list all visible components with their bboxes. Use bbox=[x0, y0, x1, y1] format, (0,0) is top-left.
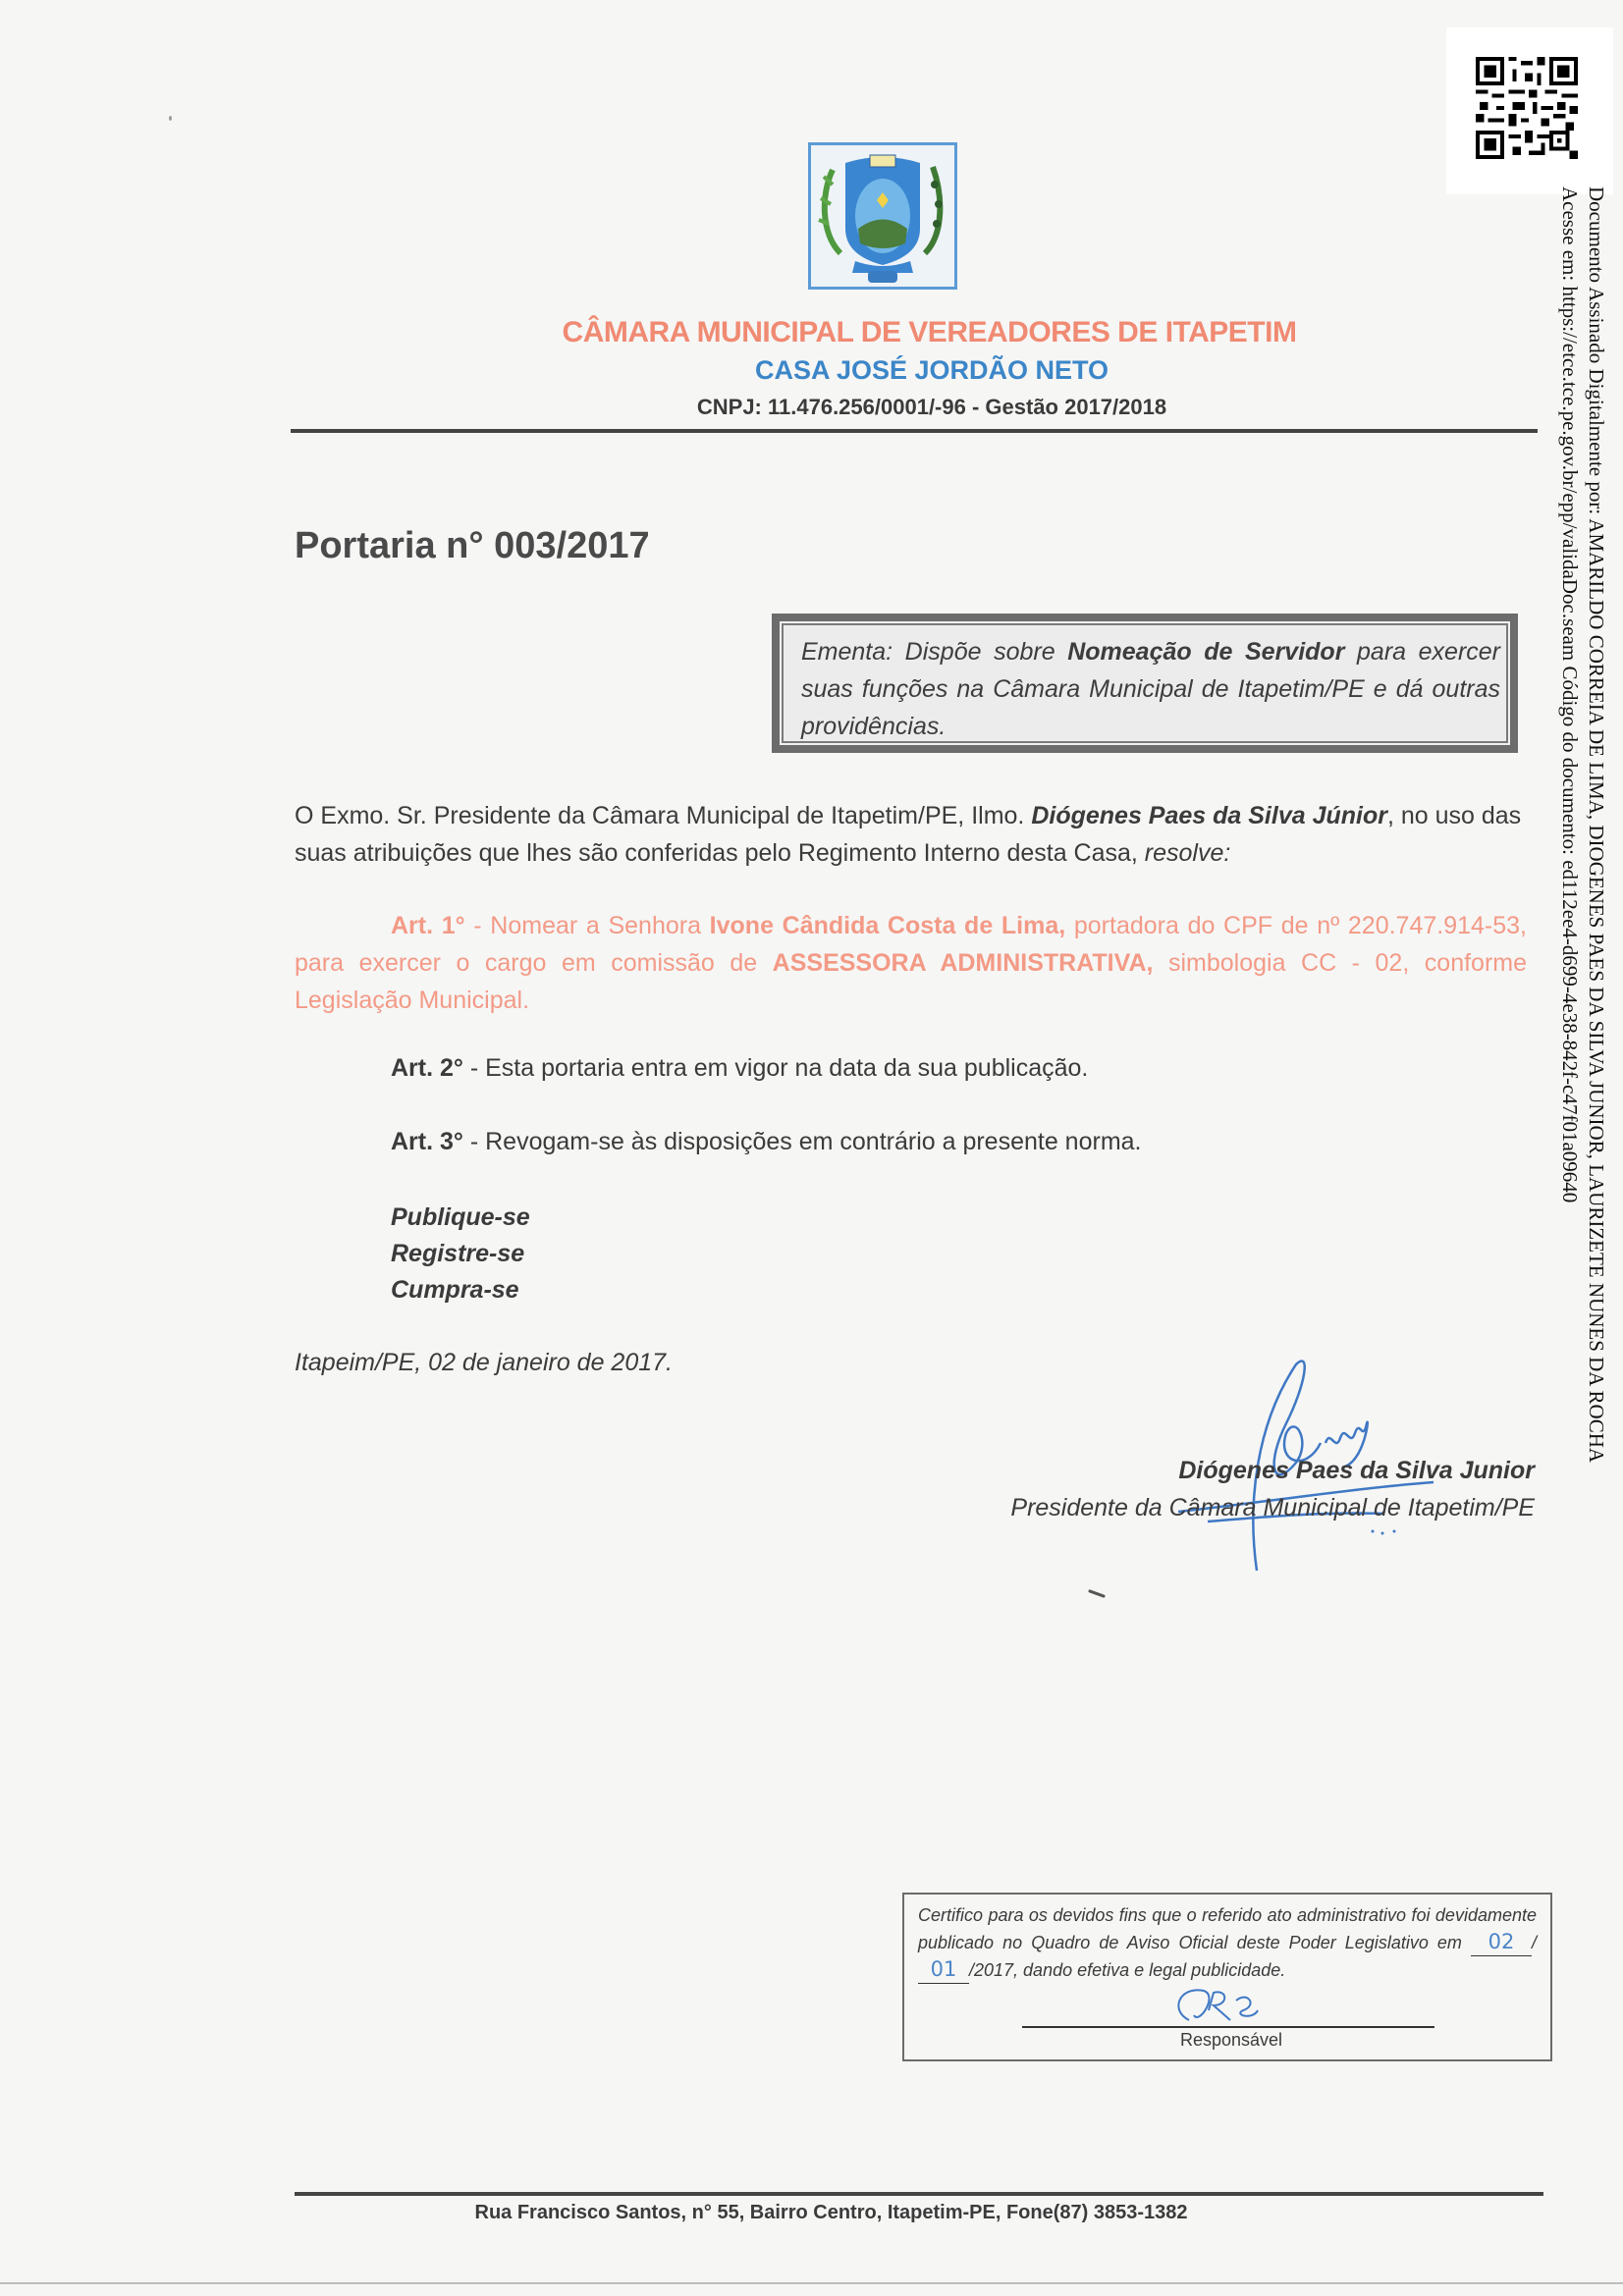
certificate-date-separator: / bbox=[1532, 1933, 1537, 1952]
certificate-day: 02 bbox=[1471, 1929, 1532, 1956]
certificate-text-1: Certifico para os devidos fins que o ref… bbox=[918, 1905, 1537, 1952]
article-2-text: - Esta portaria entra em vigor na data d… bbox=[463, 1054, 1088, 1082]
ementa-box: Ementa: Dispõe sobre Nomeação de Servido… bbox=[772, 614, 1518, 753]
house-name: CASA JOSÉ JORDÃO NETO bbox=[0, 355, 1623, 386]
appointee-name: Ivone Cândida Costa de Lima, bbox=[710, 912, 1066, 939]
certificate-text-2: /2017, dando efetiva e legal publicidade… bbox=[969, 1960, 1285, 1980]
article-2: Art. 2° - Esta portaria entra em vigor n… bbox=[391, 1054, 1088, 1083]
signature-label: Responsável bbox=[904, 2030, 1550, 2051]
document-page: Documento Assinado Digitalmente por: AMA… bbox=[0, 0, 1623, 2296]
preamble-resolve: resolve: bbox=[1145, 839, 1231, 867]
footer-address: Rua Francisco Santos, n° 55, Bairro Cent… bbox=[0, 2202, 1623, 2224]
article-1: Art. 1° - Nomear a Senhora Ivone Cândida… bbox=[295, 907, 1527, 1019]
president-name: Diógenes Paes da Silva Júnior bbox=[1031, 802, 1387, 829]
footer-divider bbox=[295, 2192, 1543, 2196]
article-3: Art. 3° - Revogam-se às disposições em c… bbox=[391, 1128, 1142, 1156]
organization-name: CÂMARA MUNICIPAL DE VEREADORES DE ITAPET… bbox=[0, 316, 1623, 349]
article-2-label: Art. 2° bbox=[391, 1054, 463, 1082]
article-3-text: - Revogam-se às disposições em contrário… bbox=[463, 1128, 1142, 1155]
coat-of-arms-icon bbox=[811, 145, 954, 287]
signer-name: Diógenes Paes da Silva Junior bbox=[1178, 1457, 1535, 1485]
page-edge bbox=[0, 2282, 1623, 2284]
signature-line bbox=[1022, 2026, 1434, 2028]
certificate-month: 01 bbox=[918, 1956, 969, 1984]
article-1-label: Art. 1° bbox=[391, 912, 465, 939]
appointee-role: ASSESSORA ADMINISTRATIVA, bbox=[773, 949, 1154, 977]
ementa-text: Ementa: Dispõe sobre Nomeação de Servido… bbox=[801, 633, 1500, 745]
header-divider bbox=[291, 429, 1538, 433]
coat-of-arms-logo bbox=[808, 142, 957, 290]
publication-certificate-box: Certifico para os devidos fins que o ref… bbox=[902, 1893, 1552, 2061]
qr-code-icon bbox=[1476, 57, 1578, 159]
ementa-prefix: Ementa: Dispõe sobre bbox=[801, 638, 1067, 666]
qr-code bbox=[1446, 27, 1613, 194]
scan-mark bbox=[1088, 1589, 1106, 1598]
preamble-paragraph: O Exmo. Sr. Presidente da Câmara Municip… bbox=[295, 797, 1527, 872]
article-1-text: - Nomear a Senhora bbox=[465, 912, 710, 939]
signer-role: Presidente da Câmara Municipal de Itapet… bbox=[1010, 1494, 1535, 1522]
cnpj-line: CNPJ: 11.476.256/0001/-96 - Gestão 2017/… bbox=[0, 395, 1623, 420]
closing-register: Registre-se bbox=[391, 1236, 530, 1272]
closing-comply: Cumpra-se bbox=[391, 1272, 530, 1308]
certificate-text: Certifico para os devidos fins que o ref… bbox=[918, 1902, 1537, 1984]
preamble-text: O Exmo. Sr. Presidente da Câmara Municip… bbox=[295, 802, 1031, 829]
scan-speck bbox=[169, 116, 172, 121]
ementa-subject: Nomeação de Servidor bbox=[1067, 638, 1344, 666]
closing-formula: Publique-se Registre-se Cumpra-se bbox=[391, 1200, 530, 1308]
place-date: Itapeim/PE, 02 de janeiro de 2017. bbox=[295, 1349, 673, 1377]
closing-publish: Publique-se bbox=[391, 1200, 530, 1236]
document-title: Portaria n° 003/2017 bbox=[295, 525, 650, 567]
article-3-label: Art. 3° bbox=[391, 1128, 463, 1155]
